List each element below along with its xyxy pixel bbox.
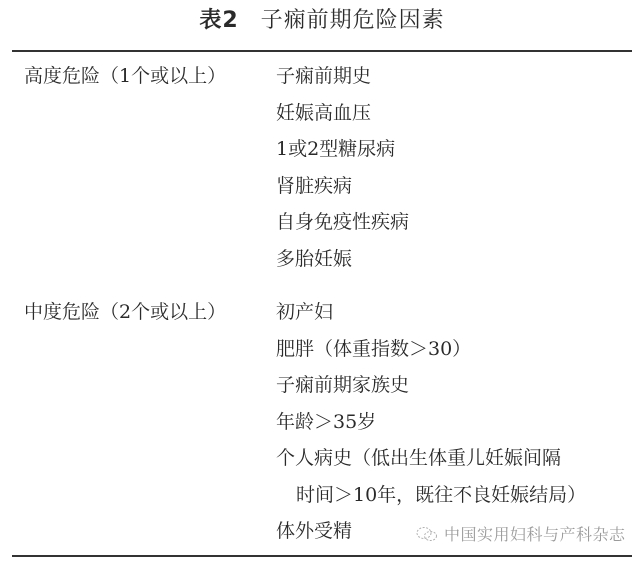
- list-item: 个人病史（低出生体重儿妊娠间隔: [276, 440, 586, 477]
- list-item: 自身免疫性疾病: [276, 204, 409, 241]
- watermark-text: 中国实用妇科与产科杂志: [444, 522, 626, 545]
- list-item: 年龄＞35岁: [276, 404, 586, 441]
- list-item: 妊娠高血压: [276, 95, 409, 132]
- list-item: 子痫前期家族史: [276, 367, 586, 404]
- watermark: 中国实用妇科与产科杂志: [416, 522, 626, 545]
- category-high-risk: 高度危险（1个或以上）: [24, 58, 226, 94]
- list-item-continuation: 时间＞10年，既往不良妊娠结局）: [276, 477, 586, 514]
- list-item: 初产妇: [276, 294, 586, 331]
- category-moderate-risk: 中度危险（2个或以上）: [24, 294, 226, 330]
- list-item: 肾脏疾病: [276, 168, 409, 205]
- list-item: 子痫前期史: [276, 58, 409, 95]
- table-title-text: 子痫前期危险因素: [261, 8, 445, 33]
- list-item: 1或2型糖尿病: [276, 131, 409, 168]
- bottom-rule: [12, 555, 632, 557]
- wechat-icon: [416, 526, 438, 542]
- high-risk-items: 子痫前期史 妊娠高血压 1或2型糖尿病 肾脏疾病 自身免疫性疾病 多胎妊娠: [276, 58, 409, 277]
- table-number: 表2: [199, 8, 238, 33]
- moderate-risk-items: 初产妇 肥胖（体重指数＞30） 子痫前期家族史 年龄＞35岁 个人病史（低出生体…: [276, 294, 586, 550]
- list-item: 肥胖（体重指数＞30）: [276, 331, 586, 368]
- top-rule: [12, 50, 632, 52]
- list-item: 多胎妊娠: [276, 241, 409, 278]
- table-title: 表2子痫前期危险因素: [0, 6, 644, 36]
